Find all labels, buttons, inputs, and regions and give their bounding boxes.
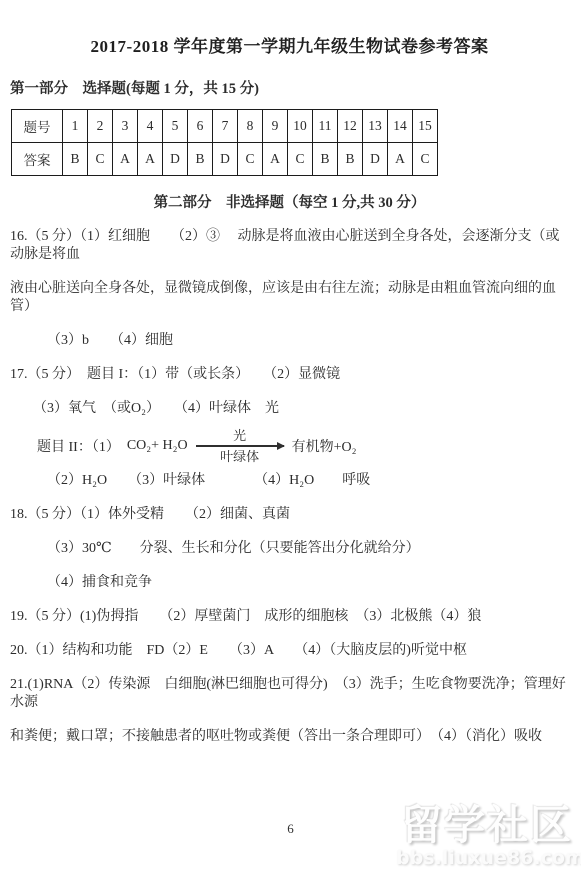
question-17-line-1: 17.（5 分） 题目 I：（1）带（或长条） （2）显微镜	[10, 366, 569, 384]
answer-table: 题号 1 2 3 4 5 6 7 8 9 10 11 12 13 14 15 答…	[11, 109, 438, 176]
answer-cell: A	[263, 143, 288, 176]
question-number-cell: 7	[213, 110, 238, 143]
question-number-cell: 2	[88, 110, 113, 143]
question-17-line-3: （2）H₂O （3）叶绿体 （4）H₂O 呼吸	[10, 472, 569, 490]
page-title: 2017-2018 学年度第一学期九年级生物试卷参考答案	[10, 32, 569, 57]
question-number-cell: 8	[238, 110, 263, 143]
question-16-line-2: 液由心脏送向全身各处，显微镜成倒像，应该是由右往左流；动脉是由粗血管流向细的血管…	[10, 280, 569, 316]
answer-cell: A	[113, 143, 138, 176]
question-number-cell: 12	[338, 110, 363, 143]
question-number-cell: 15	[413, 110, 438, 143]
reaction-arrow-stack: 光 叶绿体	[196, 428, 284, 464]
question-18-line-1: 18.（5 分）（1）体外受精 （2）细菌、真菌	[10, 506, 569, 524]
scanned-answer-sheet-page: { "title": "2017-2018 学年度第一学期九年级生物试卷参考答案…	[0, 0, 581, 869]
answer-cell: B	[188, 143, 213, 176]
question-number-cell: 13	[363, 110, 388, 143]
question-number-cell: 10	[288, 110, 313, 143]
equation-condition-below: 叶绿体	[220, 449, 259, 464]
right-arrow-icon	[196, 445, 284, 447]
question-16-line-1: 16.（5 分）（1）红细胞 （2）③ 动脉是将血液由心脏送到全身各处，会逐渐分…	[10, 228, 569, 264]
question-17-line-2: （3）氧气 （或O₂） （4）叶绿体 光	[10, 400, 569, 418]
question-number-header-cell: 题号	[12, 110, 63, 143]
question-number-cell: 14	[388, 110, 413, 143]
answer-cell: B	[313, 143, 338, 176]
equation-products: 有机物+O₂	[292, 436, 357, 456]
equation-condition-above: 光	[233, 428, 246, 443]
question-number-cell: 11	[313, 110, 338, 143]
question-number-cell: 4	[138, 110, 163, 143]
section-two-heading: 第二部分 非选择题（每空 1 分,共 30 分）	[10, 191, 569, 212]
question-number-cell: 1	[63, 110, 88, 143]
section-one-heading: 第一部分 选择题(每题 1 分，共 15 分)	[10, 77, 569, 98]
question-18-line-2: （3）30℃ 分裂、生长和分化（只要能答出分化就给分）	[10, 540, 569, 558]
answer-cell: D	[363, 143, 388, 176]
page-number: 6	[0, 821, 581, 837]
answer-cell: C	[288, 143, 313, 176]
answer-header-cell: 答案	[12, 143, 63, 176]
question-number-cell: 3	[113, 110, 138, 143]
answer-cell: A	[138, 143, 163, 176]
question-21-line-1: 21.(1)RNA（2）传染源 白细胞(淋巴细胞也可得分) （3）洗手；生吃食物…	[10, 676, 569, 712]
equation-prefix: 题目 II：（1）	[37, 436, 127, 456]
answer-row: 答案 B C A A D B D C A C B B D A C	[12, 143, 438, 176]
answer-cell: A	[388, 143, 413, 176]
answer-cell: C	[88, 143, 113, 176]
question-number-cell: 6	[188, 110, 213, 143]
question-18-line-3: （4）捕食和竞争	[10, 574, 569, 592]
answer-cell: B	[338, 143, 363, 176]
question-20-line-1: 20.（1）结构和功能 FD（2）E （3）A （4）（大脑皮层的)听觉中枢	[10, 642, 569, 660]
question-16-line-3: （3）b （4）细胞	[10, 332, 569, 350]
equation-reactants: CO₂+ H₂O	[127, 438, 188, 454]
answer-cell: C	[413, 143, 438, 176]
answer-cell: D	[163, 143, 188, 176]
question-21-line-2: 和粪便；戴口罩；不接触患者的呕吐物或粪便（答出一条合理即可） （4）（消化）吸收	[10, 728, 569, 746]
answer-cell: C	[238, 143, 263, 176]
answer-cell: D	[213, 143, 238, 176]
question-number-cell: 5	[163, 110, 188, 143]
answer-cell: B	[63, 143, 88, 176]
question-17-photosynthesis-equation: 题目 II：（1） CO₂+ H₂O 光 叶绿体 有机物+O₂	[37, 428, 569, 464]
question-number-cell: 9	[263, 110, 288, 143]
question-19-line-1: 19.（5 分）(1)伪拇指 （2）厚壁菌门 成形的细胞核 （3）北极熊（4）狼	[10, 608, 569, 626]
page-content: 2017-2018 学年度第一学期九年级生物试卷参考答案 第一部分 选择题(每题…	[0, 0, 581, 746]
question-number-row: 题号 1 2 3 4 5 6 7 8 9 10 11 12 13 14 15	[12, 110, 438, 143]
watermark-url: bbs.liuxue86.com	[396, 847, 578, 869]
